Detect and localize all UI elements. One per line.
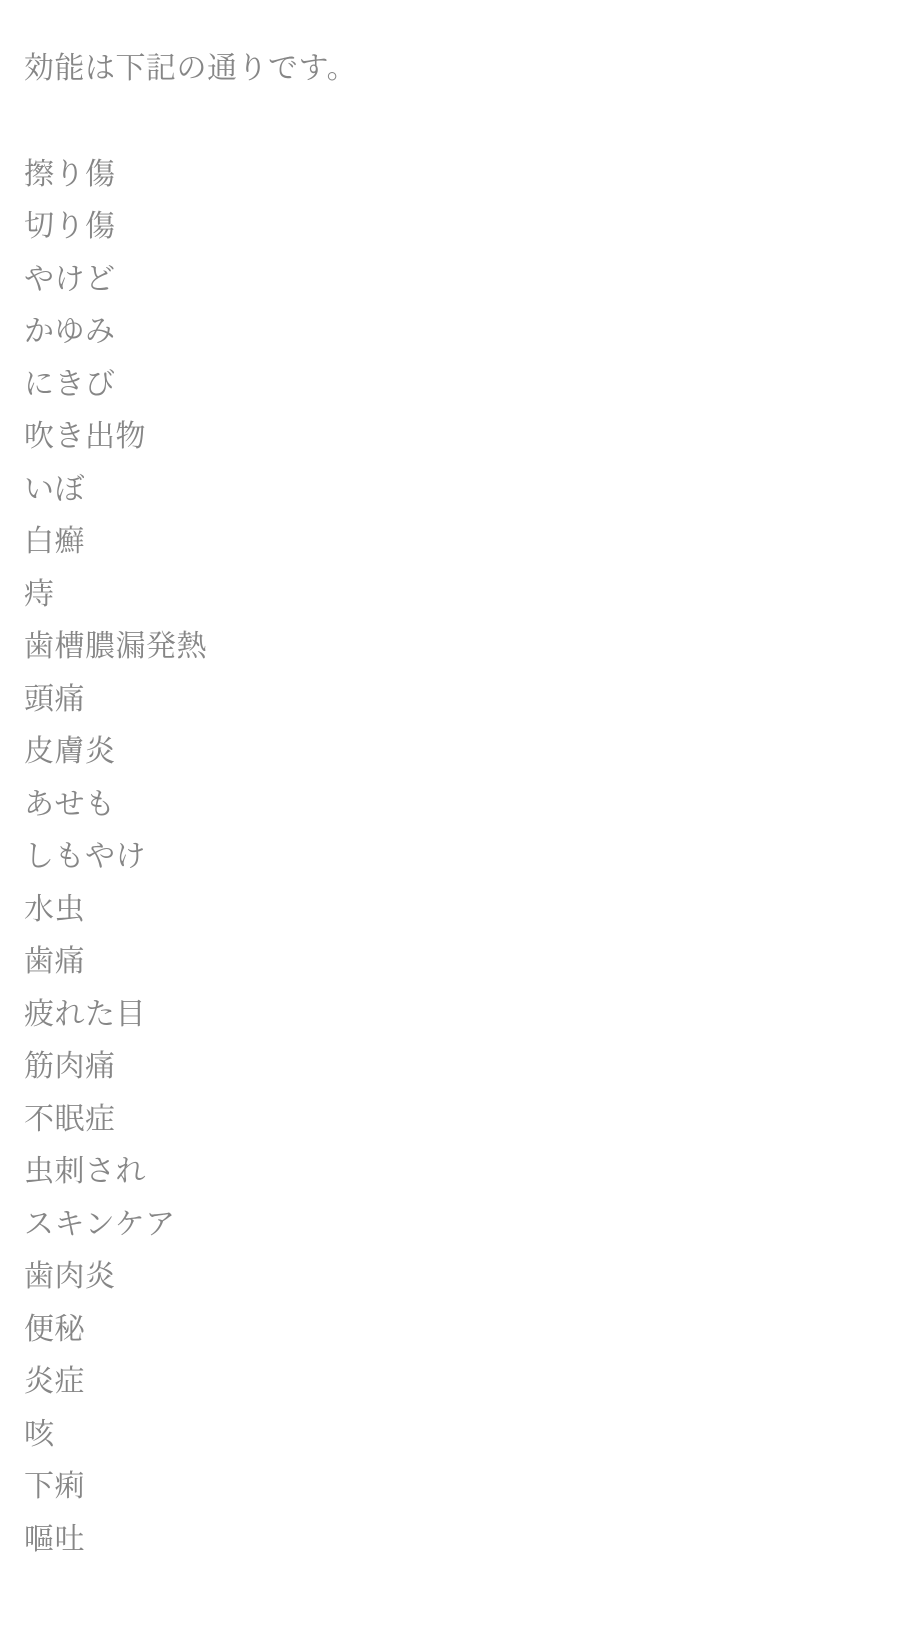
effect-item: いぼ (24, 464, 870, 517)
effect-item: 頭痛 (24, 674, 870, 727)
effect-item: 不眠症 (24, 1094, 870, 1147)
effect-item: 咳 (24, 1409, 870, 1462)
effect-item: 下痢 (24, 1461, 870, 1514)
intro-text: 効能は下記の通りです。 (24, 43, 870, 96)
effect-item: 痔 (24, 569, 870, 622)
effect-item: 水虫 (24, 884, 870, 937)
effect-item: 歯痛 (24, 936, 870, 989)
effect-item: 擦り傷 (24, 149, 870, 202)
effect-item: しもやけ (24, 831, 870, 884)
effect-item: 皮膚炎 (24, 726, 870, 779)
effect-item: 疲れた目 (24, 989, 870, 1042)
effect-item: 白癬 (24, 516, 870, 569)
effect-item: スキンケア (24, 1199, 870, 1252)
effect-item: 炎症 (24, 1356, 870, 1409)
effect-item: 歯肉炎 (24, 1251, 870, 1304)
effect-item: 筋肉痛 (24, 1041, 870, 1094)
effect-item: 嘔吐 (24, 1514, 870, 1567)
effect-item: 虫刺され (24, 1146, 870, 1199)
effect-item: やけど (24, 254, 870, 307)
effect-item: 吹き出物 (24, 411, 870, 464)
effect-item: あせも (24, 779, 870, 832)
effects-list: 擦り傷 切り傷 やけど かゆみ にきび 吹き出物 いぼ 白癬 痔 歯槽膿漏発熱 … (24, 149, 870, 1567)
effect-item: 歯槽膿漏発熱 (24, 621, 870, 674)
effect-item: 便秘 (24, 1304, 870, 1357)
effect-item: にきび (24, 359, 870, 412)
effect-item: かゆみ (24, 306, 870, 359)
article-body: 効能は下記の通りです。 擦り傷 切り傷 やけど かゆみ にきび 吹き出物 いぼ … (0, 0, 900, 1566)
effect-item: 切り傷 (24, 201, 870, 254)
